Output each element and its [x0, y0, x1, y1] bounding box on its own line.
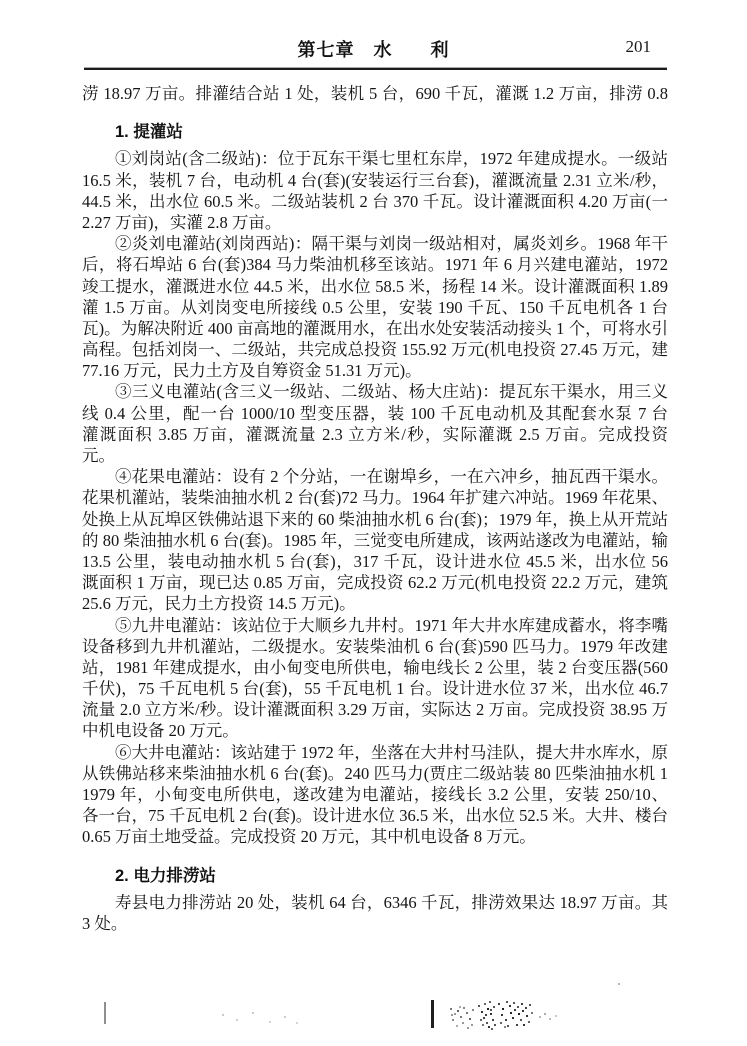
scan-artifact: [104, 1002, 106, 1024]
paragraph: 寿县电力排涝站 20 处，装机 64 台，6346 千瓦，排涝效果达 18.97…: [82, 892, 668, 934]
text-line: ⑥大井电灌站：该站建于 1972 年，坐落在大井村马洼队，提大井水库水，原为机灌…: [82, 742, 668, 763]
text-line: 涝 18.97 万亩。排灌结合站 1 处，装机 5 台，690 千瓦，灌溉 1.…: [82, 83, 668, 104]
text-line: 1979 年，小甸变电所供电，遂改建为电灌站，接线长 3.2 公里，安装 250…: [82, 784, 668, 805]
text-line: 77.16 万元，民力土方及自筹资金 51.31 万元)。: [82, 360, 668, 381]
paragraph: ④花果电灌站：设有 2 个分站，一在谢埠乡，一在六冲乡，抽瓦西干渠水。1962 …: [82, 466, 668, 614]
text-line: 线 0.4 公里，配一台 1000/10 型变压器，装 100 千瓦电动机及其配…: [82, 403, 668, 424]
text-line: 瓦)。为解决附近 400 亩高地的灌溉用水，在出水处安装活动接头 1 个，可将水…: [82, 318, 668, 339]
paragraph: ⑥大井电灌站：该站建于 1972 年，坐落在大井村马洼队，提大井水库水，原为机灌…: [82, 742, 668, 848]
text-line: 流量 2.0 立方米/秒。设计灌溉面积 3.29 万亩，实际达 2 万亩。完成投…: [82, 699, 668, 720]
text-line: ③三义电灌站(含三义一级站、二级站、杨大庄站)：提瓦东干渠水，用三义变电所电接: [82, 381, 668, 402]
text-line: ②炎刘电灌站(刘岗西站)：隔干渠与刘岗一级站相对，属炎刘乡。1968 年干渠通水: [82, 233, 668, 254]
scan-artifact: [498, 1000, 500, 1002]
text-line: 站，1981 年建成提水，由小甸变电所供电，输电线长 2 公里，装 2 台变压器…: [82, 657, 668, 678]
text-line: 设备移到九井机灌站，二级提水。安装柴油机 6 台(套)590 匹马力。1979 …: [82, 636, 668, 657]
text-line: 从铁佛站移来柴油抽水机 6 台(套)。240 匹马力(贾庄二级站装 80 匹柴油…: [82, 763, 668, 784]
text-line: 花果机灌站，装柴油抽水机 2 台(套)72 马力。1964 年扩建六冲站。196…: [82, 487, 668, 508]
text-line: 的 80 柴油抽水机 6 台(套)。1985 年，三觉变电所建成，该两站遂改为电…: [82, 530, 668, 551]
scan-artifact: [478, 1001, 480, 1003]
text-line: 各一台，75 千瓦电机 2 台(套)。设计进水位 36.5 米，出水位 52.5…: [82, 805, 668, 826]
paragraph: ②炎刘电灌站(刘岗西站)：隔干渠与刘岗一级站相对，属炎刘乡。1968 年干渠通水…: [82, 233, 668, 381]
text-line: 溉面积 1 万亩，现已达 0.85 万亩，完成投资 62.2 万元(机电投资 2…: [82, 572, 668, 593]
text-line: ④花果电灌站：设有 2 个分站，一在谢埠乡，一在六冲乡，抽瓦西干渠水。1962 …: [82, 466, 668, 487]
header-rule: [84, 67, 667, 70]
scan-artifact: [534, 1012, 536, 1014]
text-line: 25.6 万元，民力土方投资 14.5 万元)。: [82, 593, 668, 614]
section-heading: 2. 电力排涝站: [115, 866, 668, 887]
scan-artifact: [450, 1006, 452, 1008]
section-heading: 1. 提灌站: [115, 122, 668, 143]
text-line: 2.27 万亩)，实灌 2.8 万亩。: [82, 212, 668, 233]
text-line: 13.5 公里，装电动抽水机 5 台(套)，317 千瓦，设计进水位 45.5 …: [82, 551, 668, 572]
text-line: 处换上从瓦埠区铁佛站退下来的 60 柴油抽水机 6 台(套)；1979 年，换上…: [82, 509, 668, 530]
text-line: ⑤九井电灌站：该站位于大顺乡九井村。1971 年大井水库建成蓄水，将李嘴机灌站: [82, 615, 668, 636]
text-line: 0.65 万亩土地受益。完成投资 20 万元，其中机电设备 8 万元。: [82, 826, 668, 847]
page-header: 第七章 水 利 201: [0, 36, 747, 60]
page-body: 涝 18.97 万亩。排灌结合站 1 处，装机 5 台，690 千瓦，灌溉 1.…: [82, 83, 668, 934]
text-line: 中机电设备 20 万元。: [82, 720, 668, 741]
text-line: 44.5 米，出水位 60.5 米。二级站装机 2 台 370 千瓦。设计灌溉面…: [82, 191, 668, 212]
text-line: ①刘岗站(含二级站)：位于瓦东干渠七里杠东岸，1972 年建成提水。一级站扬程: [82, 148, 668, 169]
text-line: 灌 1.5 万亩。从刘岗变电所接线 0.5 公里，安装 190 千瓦、150 千…: [82, 297, 668, 318]
scan-artifact: [222, 1010, 224, 1012]
text-line: 后，将石埠站 6 台(套)384 马力柴油机移至该站。1971 年 6 月兴建电…: [82, 254, 668, 275]
text-line: 元。: [82, 445, 668, 466]
text-line: 寿县电力排涝站 20 处，装机 64 台，6346 千瓦，排涝效果达 18.97…: [82, 892, 668, 913]
scan-artifact: [431, 1000, 434, 1028]
paragraph: 涝 18.97 万亩。排灌结合站 1 处，装机 5 台，690 千瓦，灌溉 1.…: [82, 83, 668, 104]
text-line: 16.5 米，装机 7 台，电动机 4 台(套)(安装运行三台套)，灌溉流量 2…: [82, 170, 668, 191]
text-line: 千伏)，75 千瓦电机 5 台(套)，55 千瓦电机 1 台。设计进水位 37 …: [82, 678, 668, 699]
text-line: 竣工提水，灌溉进水位 44.5 米，出水位 58.5 米，扬程 14 米。设计灌…: [82, 276, 668, 297]
book-page: 第七章 水 利 201 涝 18.97 万亩。排灌结合站 1 处，装机 5 台，…: [0, 0, 747, 1046]
scan-artifact: [612, 974, 614, 976]
text-line: 3 处。: [82, 913, 668, 934]
page-number: 201: [626, 37, 652, 57]
paragraph: ①刘岗站(含二级站)：位于瓦东干渠七里杠东岸，1972 年建成提水。一级站扬程1…: [82, 148, 668, 233]
paragraph: ⑤九井电灌站：该站位于大顺乡九井村。1971 年大井水库建成蓄水，将李嘴机灌站设…: [82, 615, 668, 742]
text-line: 灌溉面积 3.85 万亩，灌溉流量 2.3 立方米/秒，实际灌溉 2.5 万亩。…: [82, 424, 668, 445]
text-line: 高程。包括刘岗一、二级站，共完成总投资 155.92 万元(机电投资 27.45…: [82, 339, 668, 360]
paragraph: ③三义电灌站(含三义一级站、二级站、杨大庄站)：提瓦东干渠水，用三义变电所电接线…: [82, 381, 668, 466]
